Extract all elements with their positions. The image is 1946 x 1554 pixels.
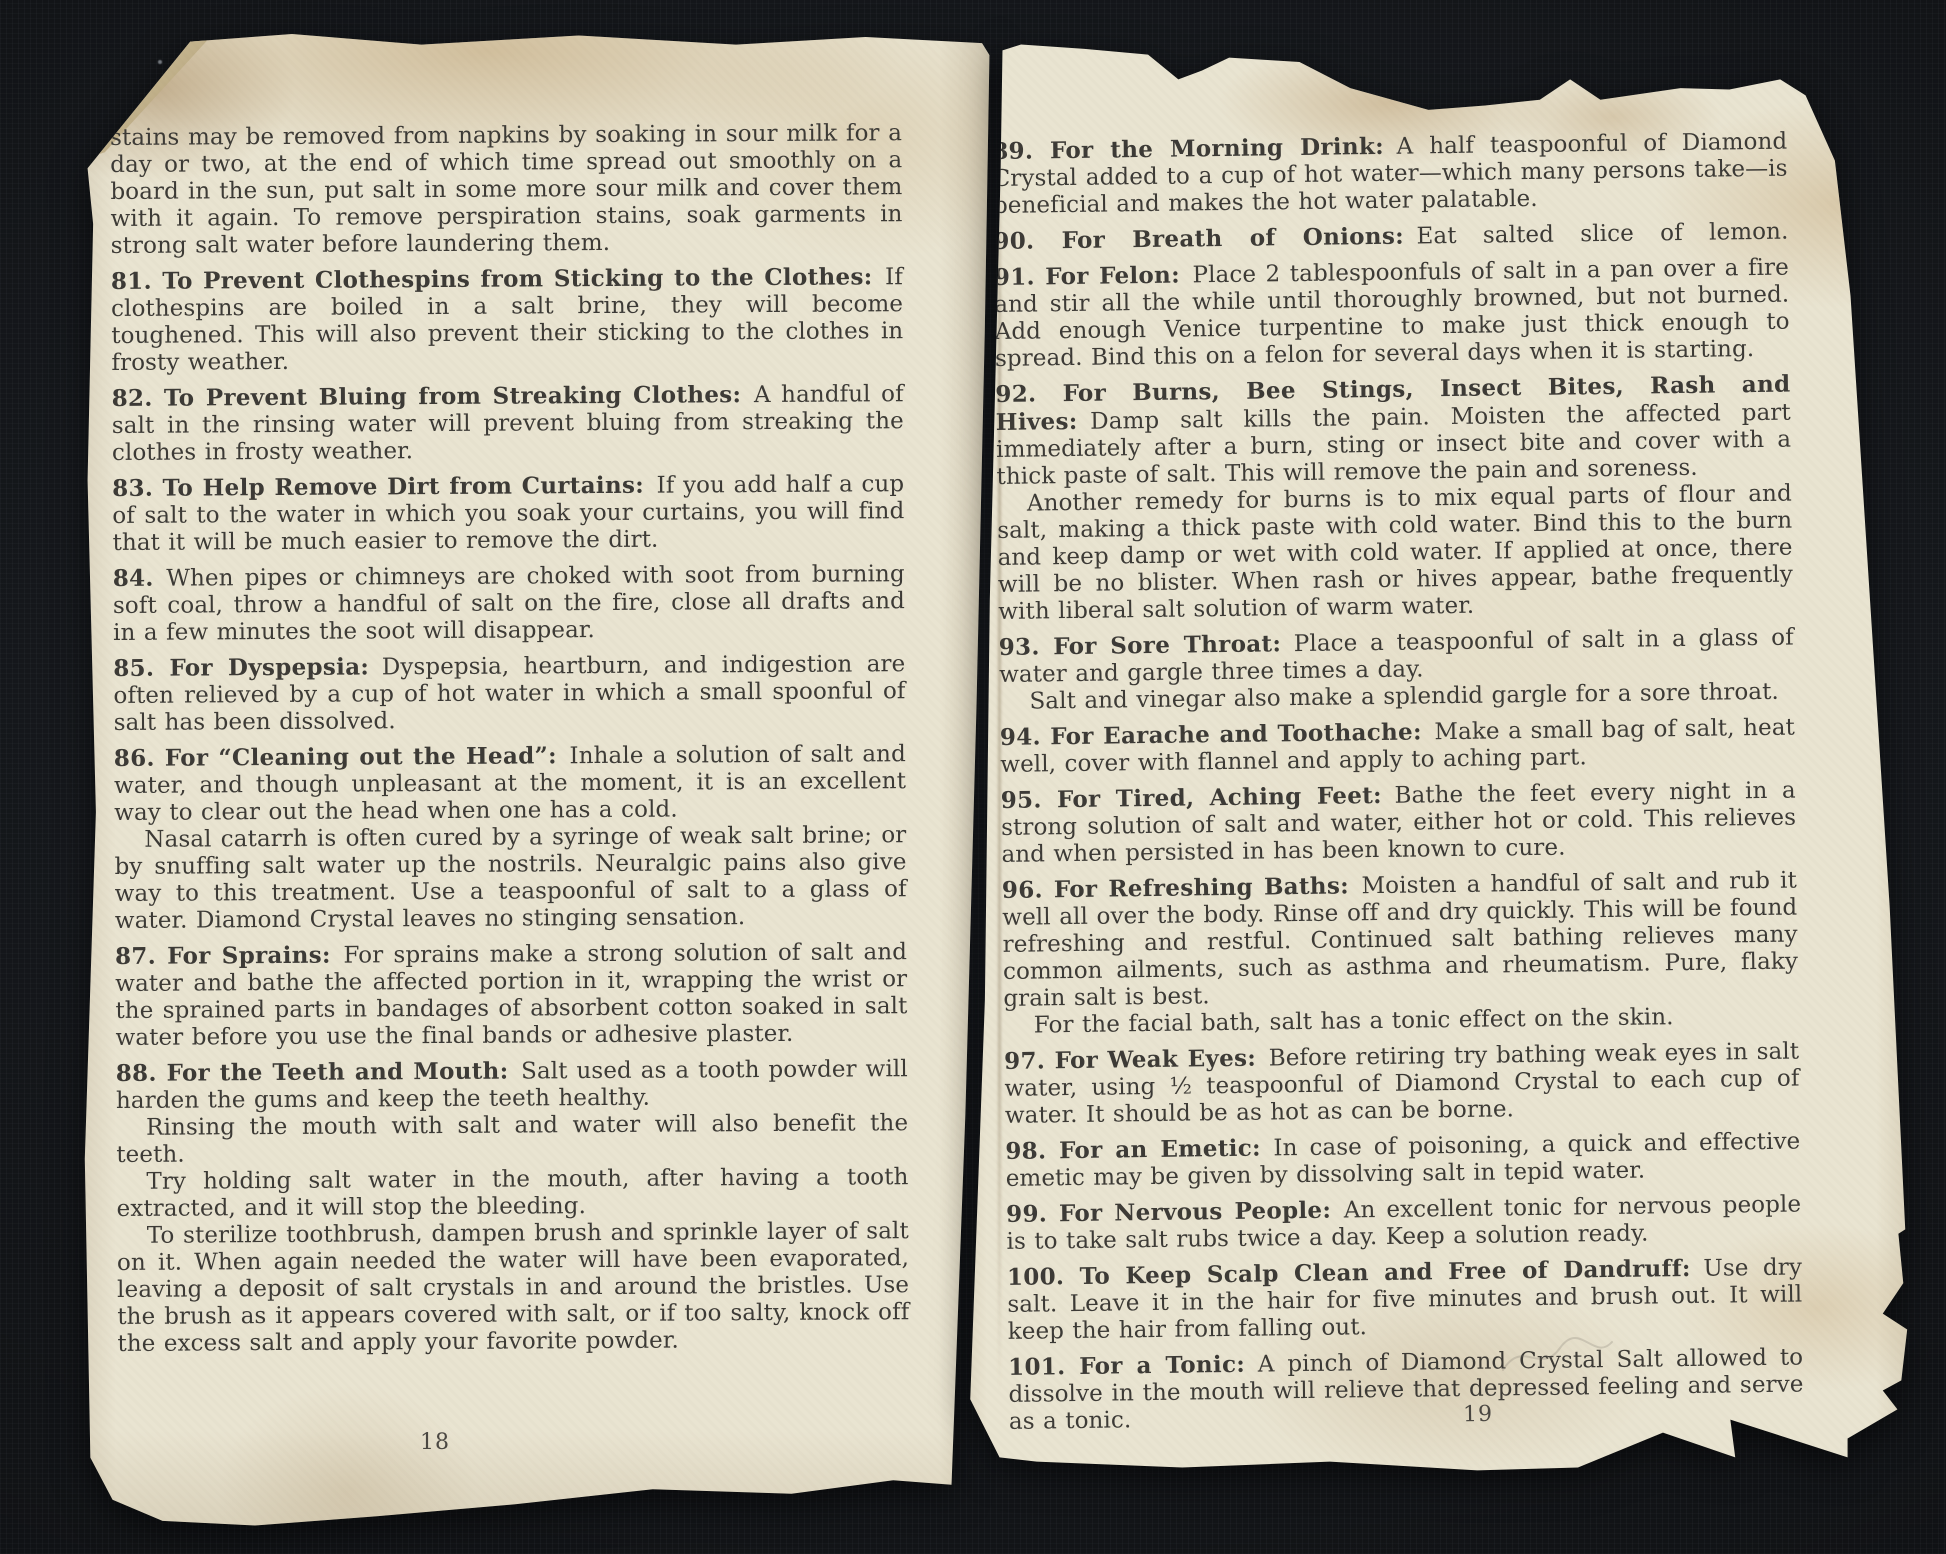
entry-heading: 98. For an Emetic: [1005,1135,1261,1165]
entry-heading: 96. For Refreshing Baths: [1002,872,1349,904]
entry-body: Nasal catarrh is often cured by a syring… [114,822,906,934]
entry-heading: 81. To Prevent Clothespins from Sticking… [111,263,873,295]
remedy-entry: 101. For a Tonic:A pinch of Diamond Crys… [1008,1343,1804,1435]
entry-body: Eat salted slice of lemon. [1416,219,1788,250]
remedy-entry: 100. To Keep Scalp Clean and Free of Dan… [1007,1253,1803,1345]
paragraph: Nasal catarrh is often cured by a syring… [114,822,907,935]
remedy-entry: 82. To Prevent Bluing from Streaking Clo… [112,380,904,467]
paragraph: Try holding salt water in the mouth, aft… [116,1164,908,1223]
page-number: 18 [400,1430,470,1455]
entry-heading: 95. For Tired, Aching Feet: [1001,782,1382,814]
entry-heading: 86. For “Cleaning out the Head”: [114,742,557,772]
entry-heading: 88. For the Teeth and Mouth: [116,1058,509,1087]
page-text-right: 89. For the Morning Drink:A half teaspoo… [992,120,1804,1436]
entry-heading: 85. For Dyspepsia: [113,653,369,682]
remedy-entry: 92. For Burns, Bee Stings, Insect Bites,… [995,371,1791,491]
entry-body: Try holding salt water in the mouth, aft… [117,1164,909,1222]
entry-heading: 91. For Felon: [994,262,1180,291]
paragraph: Another remedy for burns is to mix equal… [997,481,1794,626]
page-paper-left: stains may be removed from napkins by so… [70,28,995,1536]
entry-heading: 82. To Prevent Bluing from Streaking Clo… [112,381,742,412]
entry-heading: 89. For the Morning Drink: [992,133,1384,165]
entry-heading: 83. To Help Remove Dirt from Curtains: [112,472,644,502]
remedy-entry: 99. For Nervous People:An excellent toni… [1006,1191,1802,1256]
remedy-entry: 97. For Weak Eyes:Before retiring try ba… [1004,1038,1800,1130]
entry-heading: 84. [113,565,154,592]
remedy-entry: 86. For “Cleaning out the Head”:Inhale a… [114,740,906,827]
remedy-entry: 96. For Refreshing Baths:Moisten a handf… [1002,867,1799,1013]
remedy-entry: 91. For Felon:Place 2 tablespoonfuls of … [994,254,1790,373]
remedy-entry: 98. For an Emetic:In case of poisoning, … [1005,1128,1801,1193]
entry-body: When pipes or chimneys are choked with s… [113,561,905,646]
remedy-entry: 88. For the Teeth and Mouth:Salt used as… [116,1055,908,1115]
pencil-mark [1498,1330,1618,1382]
entry-body: Rinsing the mouth with salt and water wi… [116,1110,908,1168]
entry-heading: 101. For a Tonic: [1008,1351,1245,1381]
page-number: 19 [1443,1402,1513,1428]
paragraph: stains may be removed from napkins by so… [110,120,903,260]
remedy-entry: 95. For Tired, Aching Feet:Bathe the fee… [1001,777,1797,869]
photo-of-booklet-on-fabric: stains may be removed from napkins by so… [0,0,1946,1554]
entry-heading: 94. For Earache and Toothache: [1000,718,1422,751]
booklet-page-left: stains may be removed from napkins by so… [70,28,995,1536]
entry-body: To sterilize toothbrush, dampen brush an… [117,1218,909,1357]
remedy-entry: 83. To Help Remove Dirt from Curtains:If… [112,470,904,557]
entry-heading: 87. For Sprains: [115,942,331,970]
paragraph: To sterilize toothbrush, dampen brush an… [117,1218,910,1358]
page-text-left: stains may be removed from napkins by so… [110,120,910,1358]
remedy-entry: 85. For Dyspepsia:Dyspepsia, heartburn, … [113,650,905,737]
entry-body: stains may be removed from napkins by so… [110,120,903,259]
remedy-entry: 94. For Earache and Toothache:Make a sma… [1000,714,1796,779]
remedy-entry: 81. To Prevent Clothespins from Sticking… [111,263,904,377]
remedy-entry: 89. For the Morning Drink:A half teaspoo… [992,128,1788,220]
page-paper-right: 89. For the Morning Drink:A half teaspoo… [938,30,1915,1482]
entry-heading: 90. For Breath of Onions: [993,223,1404,255]
entry-body: Damp salt kills the pain. Moisten the af… [996,400,1791,490]
entry-heading: 99. For Nervous People: [1006,1197,1331,1228]
entry-heading: 97. For Weak Eyes: [1004,1045,1256,1075]
remedy-entry: 87. For Sprains:For sprains make a stron… [115,938,908,1052]
entry-heading: 93. For Sore Throat: [999,630,1282,661]
remedy-entry: 90. For Breath of Onions:Eat salted slic… [993,218,1788,256]
entry-body: Another remedy for burns is to mix equal… [997,481,1793,625]
paragraph: Rinsing the mouth with salt and water wi… [116,1110,908,1169]
booklet-page-right: 89. For the Morning Drink:A half teaspoo… [938,30,1915,1482]
remedy-entry: 84.When pipes or chimneys are choked wit… [113,560,905,647]
